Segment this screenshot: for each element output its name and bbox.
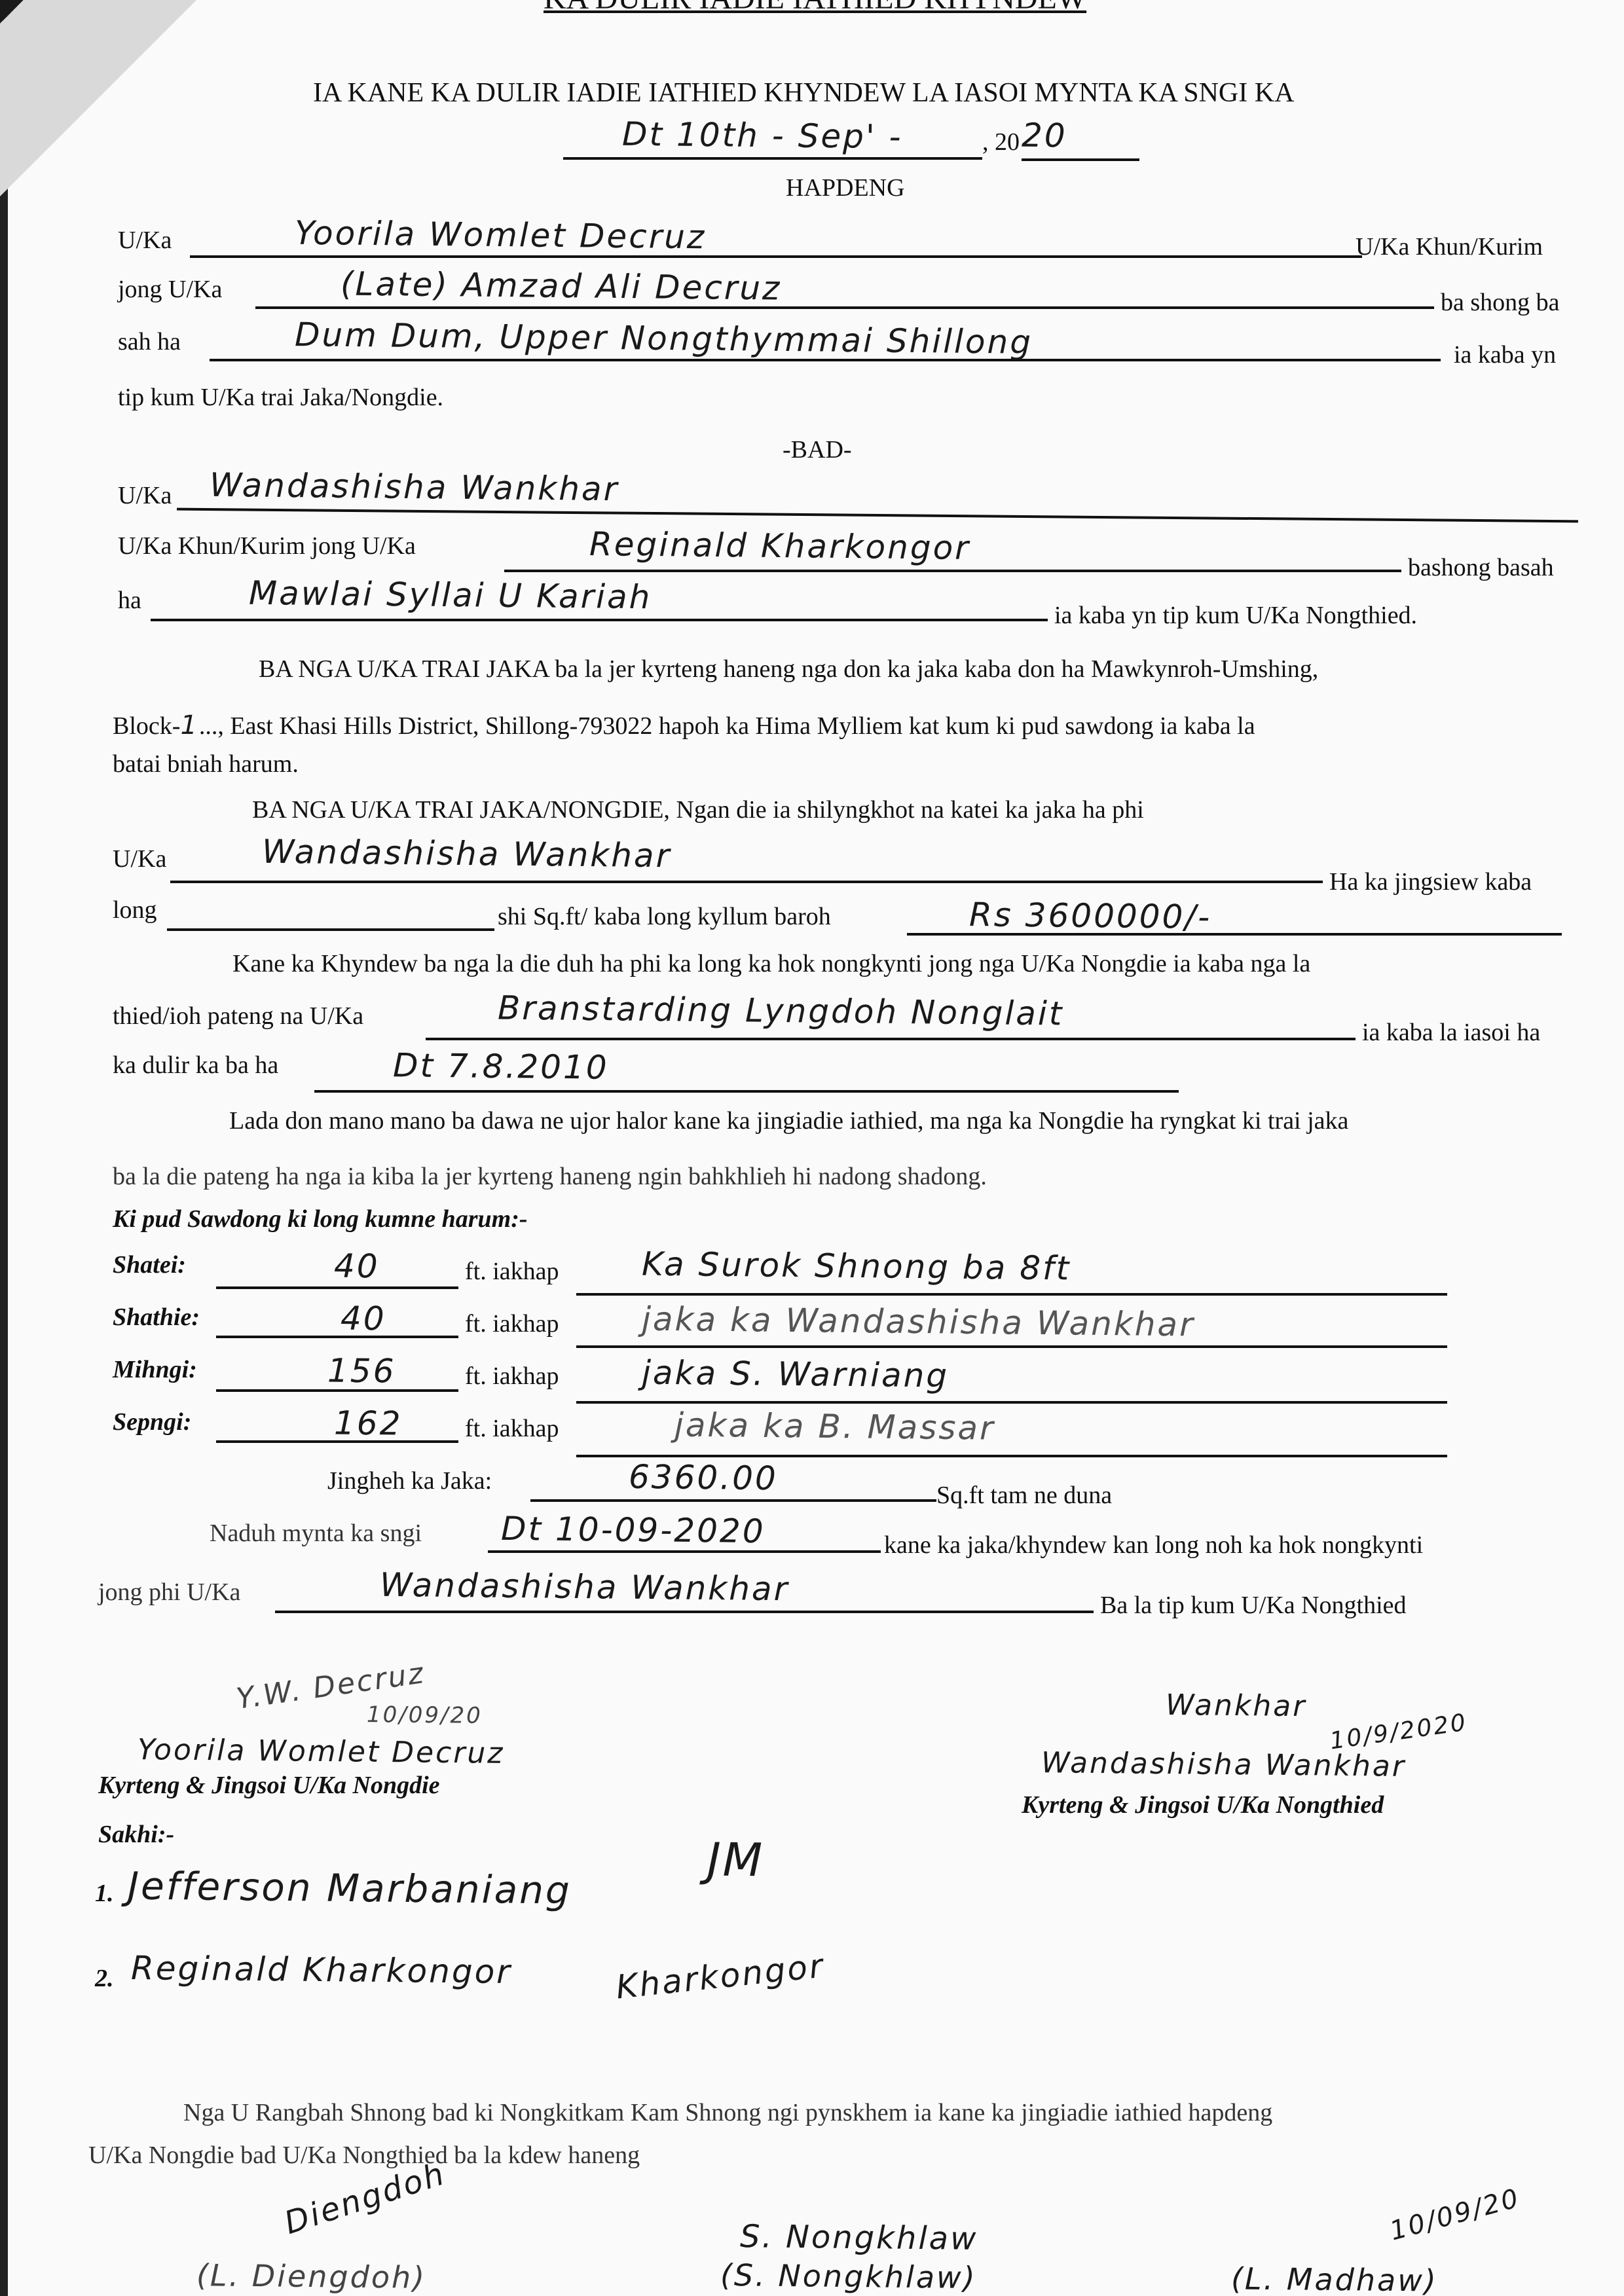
date-handwritten: Dt 10th - Sep' -	[622, 115, 903, 156]
seller-parent-line	[255, 306, 1434, 309]
area-suffix: Sq.ft tam ne duna	[936, 1481, 1112, 1510]
boundary-length: 156	[327, 1351, 396, 1390]
seller-address-line	[210, 359, 1441, 361]
prev-date: Dt 7.8.2010	[393, 1046, 609, 1086]
seller-name: Yoorila Womlet Decruz	[295, 214, 707, 257]
boundary-adjoining-line	[576, 1345, 1447, 1348]
document-top-title: KA DULIR IADIE IATHIED KHYNDEW	[544, 0, 1086, 16]
transfer-name-line	[275, 1611, 1094, 1613]
witness-name: Reginald Kharkongor	[131, 1949, 512, 1991]
seller-iakaba-label: ia kaba yn	[1454, 340, 1556, 369]
boundary-adjoining: jaka ka Wandashisha Wankhar	[642, 1300, 1195, 1344]
para2-sqft-label: shi Sq.ft/ kaba long kyllum baroh	[498, 902, 831, 931]
seller-name-line	[190, 255, 1362, 258]
para2-name-line	[170, 881, 1323, 883]
transfer-naduh-label: Naduh mynta ka sngi	[210, 1519, 422, 1548]
buyer-parent: Reginald Kharkongor	[589, 525, 970, 567]
transfer-rest2: Ba la tip kum U/Ka Nongthied	[1100, 1591, 1407, 1620]
witness-number: 2.	[95, 1964, 114, 1993]
transfer-date: Dt 10-09-2020	[501, 1510, 766, 1550]
bad-label: -BAD-	[783, 435, 852, 464]
block-value: 1	[180, 710, 198, 740]
area-value: 6360.00	[629, 1458, 778, 1497]
transfer-name: Wandashisha Wankhar	[380, 1566, 790, 1609]
witness-name: Jefferson Marbaniang	[128, 1863, 572, 1912]
official-name: (L. Diengdoh)	[196, 2257, 427, 2295]
buyer-address: Mawlai Syllai U Kariah	[249, 574, 652, 616]
seller-jong-label: jong U/Ka	[118, 275, 222, 304]
official-sig: S. Nongkhlaw	[740, 2218, 978, 2257]
para2-line1: BA NGA U/KA TRAI JAKA/NONGDIE, Ngan die …	[252, 795, 1144, 824]
para1-line2-rest: ..., East Khasi Hills District, Shillong…	[199, 712, 1255, 740]
boundary-adjoining: jaka S. Warniang	[642, 1354, 950, 1395]
official-sig: 10/09/20	[1387, 2183, 1524, 2246]
boundary-direction: Shatei:	[113, 1250, 186, 1279]
transfer-rest1: kane ka jaka/khyndew kan long noh ka hok…	[884, 1531, 1423, 1559]
buyer-signed-name: Wandashisha Wankhar	[1041, 1746, 1407, 1783]
boundary-adjoining-line	[576, 1401, 1447, 1404]
boundary-direction: Mihngi:	[113, 1355, 197, 1384]
boundary-unit: ft. iakhap	[465, 1309, 559, 1338]
area-line	[530, 1499, 936, 1502]
para1-line1: BA NGA U/KA TRAI JAKA ba la jer kyrteng …	[259, 655, 1318, 683]
para3-line1: Kane ka Khyndew ba nga la die duh ha phi…	[232, 949, 1310, 978]
boundary-length: 40	[341, 1300, 386, 1338]
para4-line2: ba la die pateng ha nga ia kiba la jer k…	[113, 1162, 987, 1191]
sqft-line	[167, 928, 494, 931]
block-label: Block-	[113, 712, 180, 740]
buyer-tipkum-label: ia kaba yn tip kum U/Ka Nongthied.	[1054, 601, 1417, 630]
scan-edge	[0, 0, 8, 2296]
buyer-ha-label: ha	[118, 586, 141, 615]
buyer-parent-line	[504, 570, 1401, 572]
witness-signature: Kharkongor	[614, 1946, 826, 2006]
year-handwritten: 20	[1022, 117, 1067, 155]
boundaries-heading: Ki pud Sawdong ki long kumne harum:-	[113, 1205, 528, 1233]
boundary-adjoining-line	[576, 1293, 1447, 1296]
para4-line1: Lada don mano mano ba dawa ne ujor halor…	[229, 1106, 1348, 1135]
buyer-uka-label: U/Ka	[118, 481, 172, 510]
prev-date-line	[314, 1090, 1179, 1093]
buyer-signature: Wankhar	[1166, 1688, 1307, 1723]
boundary-unit: ft. iakhap	[465, 1257, 559, 1286]
para3-iasoi-label: ia kaba la iasoi ha	[1362, 1018, 1540, 1047]
boundary-direction: Shathie:	[113, 1303, 200, 1332]
year-prefix: , 20	[982, 128, 1020, 156]
certification-line2: U/Ka Nongdie bad U/Ka Nongthied ba la kd…	[88, 2141, 640, 2170]
seller-caption: Kyrteng & Jingsoi U/Ka Nongdie	[98, 1771, 440, 1800]
seller-signature-date: 10/09/20	[367, 1702, 483, 1729]
seller-address: Dum Dum, Upper Nongthymmai Shillong	[295, 316, 1033, 361]
buyer-name-line	[177, 508, 1578, 523]
seller-uka-label: U/Ka	[118, 226, 172, 255]
transfer-jongphi-label: jong phi U/Ka	[98, 1578, 240, 1607]
seller-khun-label: U/Ka Khun/Kurim	[1356, 232, 1543, 261]
para3-thied-label: thied/ioh pateng na U/Ka	[113, 1002, 363, 1030]
buyer-name: Wandashisha Wankhar	[210, 466, 619, 509]
date-line	[563, 157, 982, 160]
para3-dulir-label: ka dulir ka ba ha	[113, 1051, 278, 1080]
sale-amount: Rs 3600000/-	[969, 896, 1212, 936]
para2-uka-label: U/Ka	[113, 845, 166, 873]
area-label: Jingheh ka Jaka:	[327, 1467, 492, 1495]
boundary-adjoining: jaka ka B. Massar	[674, 1406, 995, 1447]
year-line	[1022, 158, 1139, 161]
boundary-adjoining-line	[576, 1455, 1447, 1457]
transfer-date-line	[488, 1550, 881, 1553]
para2-jingsiew-label: Ha ka jingsiew kaba	[1329, 867, 1532, 896]
certification-line1: Nga U Rangbah Shnong bad ki Nongkitkam K…	[183, 2098, 1272, 2127]
prev-owner: Branstarding Lyngdoh Nonglait	[498, 989, 1064, 1032]
para2-name: Wandashisha Wankhar	[262, 833, 672, 875]
boundary-length: 40	[334, 1247, 380, 1286]
buyer-khun-label: U/Ka Khun/Kurim jong U/Ka	[118, 532, 416, 560]
witness-signature: JM	[707, 1833, 765, 1887]
para1-line2: Block-1..., East Khasi Hills District, S…	[113, 710, 1255, 740]
buyer-address-line	[151, 619, 1048, 621]
seller-signed-name: Yoorila Womlet Decruz	[138, 1733, 505, 1770]
boundary-length-line	[216, 1336, 458, 1338]
buyer-bashong-label: bashong basah	[1408, 553, 1554, 582]
seller-sah-label: sah ha	[118, 327, 181, 356]
witness-number: 1.	[95, 1879, 114, 1908]
seller-tipkum-label: tip kum U/Ka trai Jaka/Nongdie.	[118, 383, 443, 412]
buyer-caption: Kyrteng & Jingsoi U/Ka Nongthied	[1022, 1791, 1384, 1819]
official-name: (L. Madhaw)	[1231, 2261, 1438, 2296]
boundary-unit: ft. iakhap	[465, 1414, 559, 1443]
document-heading: IA KANE KA DULIR IADIE IATHIED KHYNDEW L…	[313, 77, 1294, 109]
buyer-signature-date: 10/9/2020	[1328, 1709, 1469, 1755]
seller-bashong-label: ba shong ba	[1441, 288, 1560, 317]
para1-line3: batai bniah harum.	[113, 750, 299, 778]
witnesses-heading: Sakhi:-	[98, 1820, 174, 1849]
boundary-adjoining: Ka Surok Shnong ba 8ft	[642, 1245, 1071, 1288]
boundary-unit: ft. iakhap	[465, 1362, 559, 1391]
official-name: (S. Nongkhlaw)	[720, 2257, 977, 2295]
boundary-direction: Sepngi:	[113, 1408, 191, 1436]
seller-parent: (Late) Amzad Ali Decruz	[341, 264, 782, 307]
boundary-length: 162	[334, 1404, 403, 1442]
hapdeng-label: HAPDENG	[786, 173, 905, 202]
boundary-length-line	[216, 1286, 458, 1289]
folded-corner	[0, 0, 196, 196]
prev-owner-line	[426, 1038, 1356, 1040]
para2-long-label: long	[113, 896, 157, 924]
